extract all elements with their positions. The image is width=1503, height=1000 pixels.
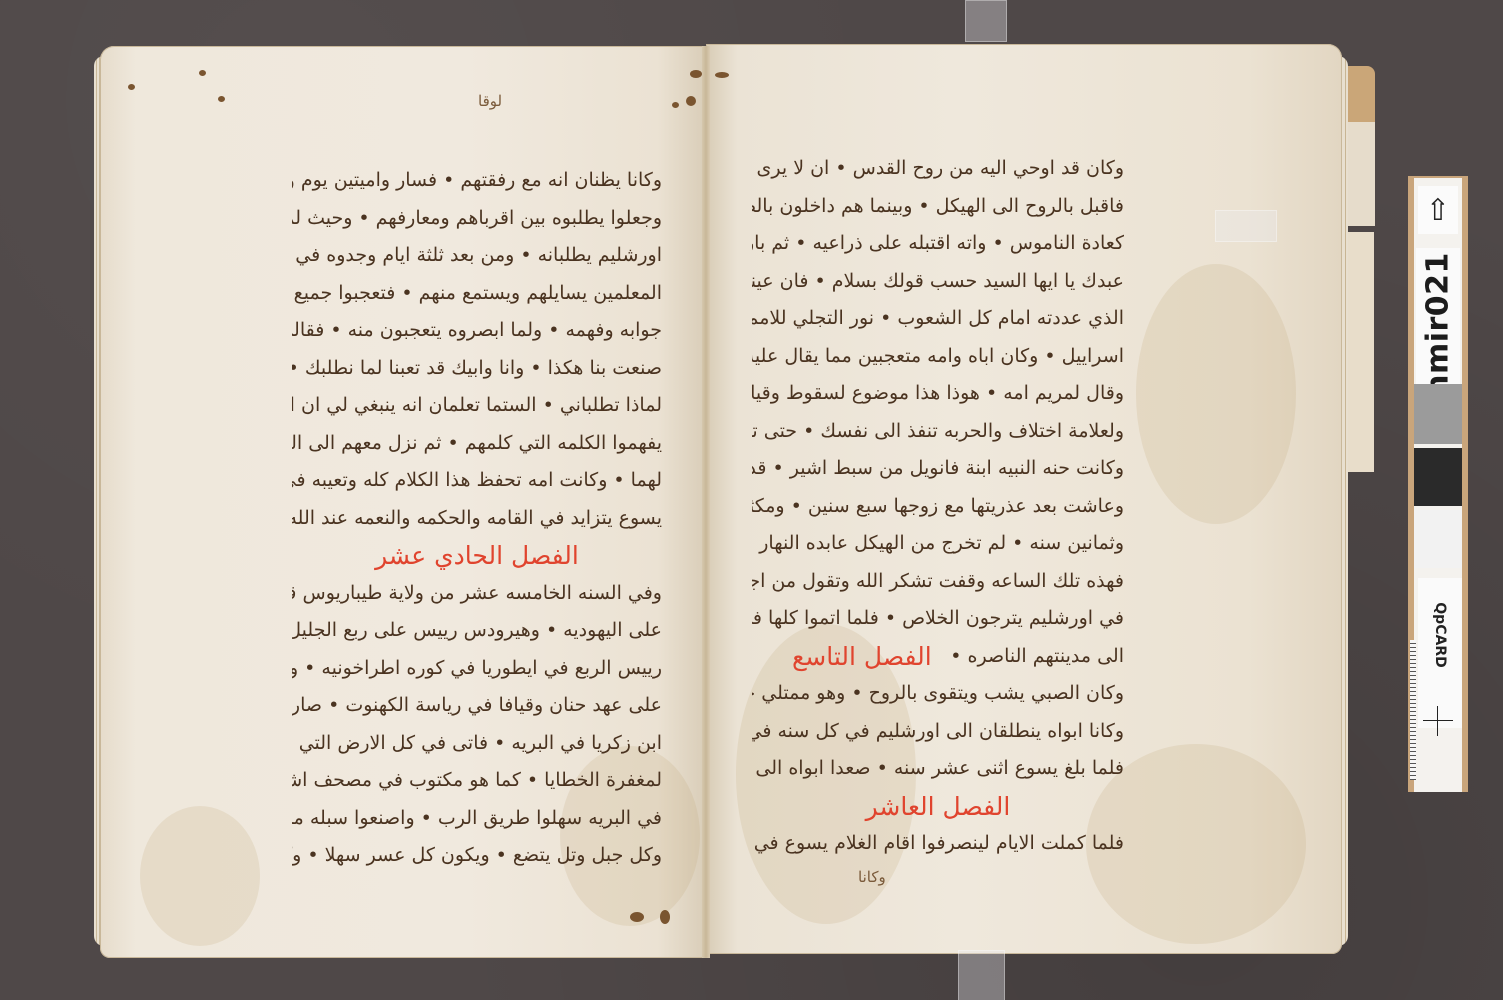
grey-swatch [1414, 384, 1462, 444]
text-line: وكان الصبي يشب ويتقوى بالروح • وهو ممتلي… [752, 675, 1124, 713]
text-line: فاقبل بالروح الى الهيكل • وبينما هم داخل… [752, 188, 1124, 226]
text-line: على عهد حنان وقيافا في رياسة الكهنوت • ص… [292, 687, 662, 725]
text-line-with-heading: الى مدينتهم الناصره • الفصل التاسع [752, 638, 1124, 676]
text-line: اسراييل • وكان اباه وامه متعجبين مما يقا… [752, 338, 1124, 376]
right-text-block: وكان قد اوحي اليه من روح القدس • ان لا ي… [752, 150, 1124, 863]
chapter-heading: الفصل التاسع [752, 638, 932, 676]
text-line: يفهموا الكلمه التي كلمهم • ثم نزل معهم ا… [292, 425, 662, 463]
text-line: وكل جبل وتل يتضع • ويكون كل عسر سهلا • و… [292, 837, 662, 875]
text-line: على اليهوديه • وهيرودس رييس على ربع الجل… [292, 612, 662, 650]
text-line: كعادة الناموس • واته اقتبله على ذراعيه •… [752, 225, 1124, 263]
worm-hole [672, 102, 679, 108]
tape-right [1215, 210, 1277, 242]
text-line: رييس الربع في ايطوريا في كوره اطراخونيه … [292, 650, 662, 688]
worm-hole [128, 84, 135, 90]
text-line: الى مدينتهم الناصره • [950, 638, 1124, 676]
text-line: وجعلوا يطلبوه بين اقرباهم ومعارفهم • وحي… [292, 200, 662, 238]
text-line: لهما • وكانت امه تحفظ هذا الكلام كله وتع… [292, 462, 662, 500]
text-line: لماذا تطلباني • الستما تعلمان انه ينبغي … [292, 387, 662, 425]
text-line: وثمانين سنه • لم تخرج من الهيكل عابده ال… [752, 525, 1124, 563]
ruler-scale [1410, 640, 1416, 780]
catchword: وكانا [858, 868, 886, 886]
text-line: وكانت حنه النبيه ابنة فانويل من سبط اشير… [752, 450, 1124, 488]
text-line: في اورشليم يترجون الخلاص • فلما اتموا كل… [752, 600, 1124, 638]
loose-leaf-flap-lower [1348, 232, 1374, 472]
text-line: جوابه وفهمه • ولما ابصروه يتعجبون منه • … [292, 312, 662, 350]
worm-hole [630, 912, 644, 922]
crosshair-icon [1423, 706, 1453, 736]
card-id-label: hmir021 [1416, 248, 1460, 400]
text-line: وكانا يظنان انه مع رفقتهم • فسار واميتين… [292, 162, 662, 200]
black-swatch [1414, 448, 1462, 506]
text-line: فلما كملت الايام لينصرفوا اقام الغلام يس… [752, 825, 1124, 863]
text-line: عبدك يا ايها السيد حسب قولك بسلام • فان … [752, 263, 1124, 301]
text-line: اورشليم يطلبانه • ومن بعد ثلثة ايام وجدو… [292, 237, 662, 275]
worm-hole [660, 910, 670, 924]
worm-hole [218, 96, 225, 102]
chapter-heading: الفصل العاشر [752, 788, 1124, 826]
text-line: ولعلامة اختلاف والحربه تنفذ الى نفسك • ح… [752, 413, 1124, 451]
white-swatch [1414, 510, 1462, 568]
text-line: وكان قد اوحي اليه من روح القدس • ان لا ي… [752, 150, 1124, 188]
book-gutter [702, 46, 710, 958]
text-line: فهذه تلك الساعه وقفت تشكر الله وتقول من … [752, 563, 1124, 601]
text-line: صنعت بنا هكذا • وانا وابيك قد تعبنا لما … [292, 350, 662, 388]
left-page-header: لوقا [478, 92, 502, 110]
text-line: وفي السنه الخامسه عشر من ولاية طيباريوس … [292, 575, 662, 613]
text-line: المعلمين يسايلهم ويستمع منهم • فتعجبوا ج… [292, 275, 662, 313]
text-line: يسوع يتزايد في القامه والحكمه والنعمه عن… [292, 500, 662, 538]
worm-hole [690, 70, 702, 78]
chapter-heading: الفصل الحادي عشر [292, 537, 662, 575]
text-line: فلما بلغ يسوع اثنى عشر سنه • صعدا ابواه … [752, 750, 1124, 788]
text-line: في البريه سهلوا طريق الرب • واصنعوا سبله… [292, 800, 662, 838]
text-line: وعاشت بعد عذريتها مع زوجها سبع سنين • وم… [752, 488, 1124, 526]
worm-hole [686, 96, 696, 106]
text-line: وكانا ابواه ينطلقان الى اورشليم في كل سن… [752, 713, 1124, 751]
up-arrow-icon: ⇧ [1418, 186, 1458, 234]
text-line: ابن زكريا في البريه • فاتى في كل الارض ا… [292, 725, 662, 763]
text-line: لمغفرة الخطايا • كما هو مكتوب في مصحف اش… [292, 762, 662, 800]
worm-hole [199, 70, 206, 76]
tape-top [965, 0, 1007, 42]
left-text-block: وكانا يظنان انه مع رفقتهم • فسار واميتين… [292, 162, 662, 875]
worm-hole [715, 72, 729, 78]
tape-bottom [958, 950, 1005, 1000]
text-line: وقال لمريم امه • هوذا هذا موضوع لسقوط وق… [752, 375, 1124, 413]
text-line: الذي عددته امام كل الشعوب • نور التجلي ل… [752, 300, 1124, 338]
loose-leaf-flap [1345, 66, 1375, 226]
